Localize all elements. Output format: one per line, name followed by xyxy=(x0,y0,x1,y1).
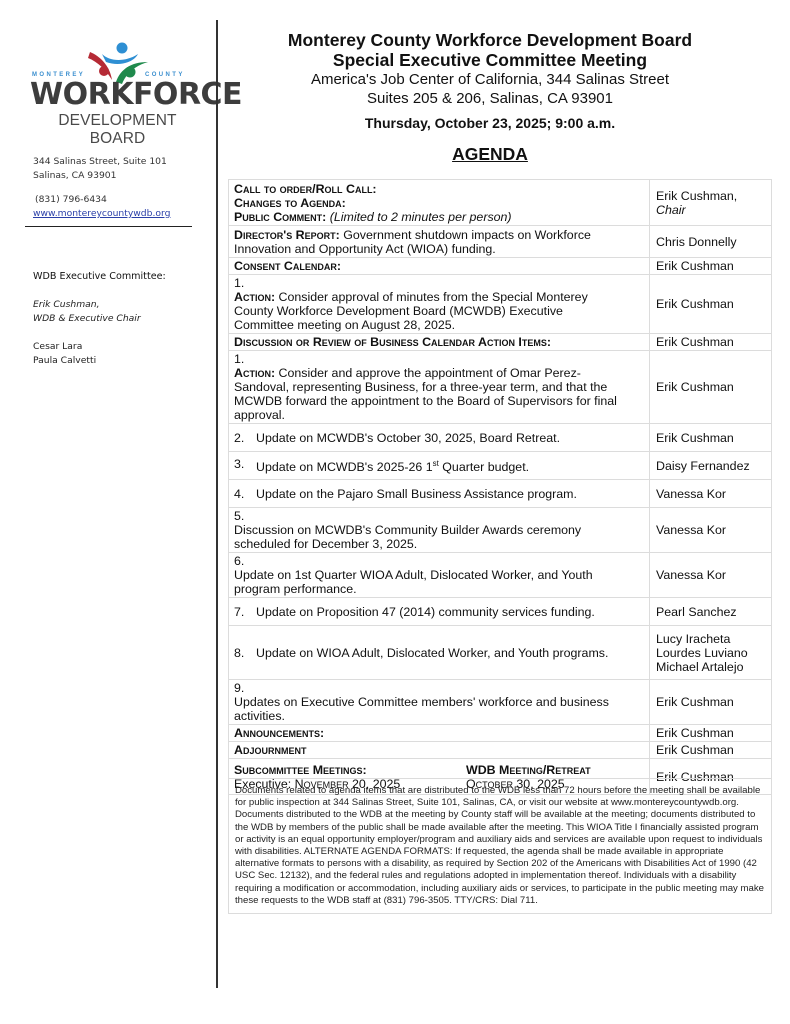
item-number: 5. xyxy=(234,509,256,523)
item-number: 7. xyxy=(234,605,256,619)
presenter-title: Chair xyxy=(656,203,686,217)
table-row: 1.Action: Consider approval of minutes f… xyxy=(229,275,772,334)
committee-heading: WDB Executive Committee: xyxy=(33,270,166,284)
changes-label: Changes to Agenda: xyxy=(234,196,644,210)
table-row: Consent Calendar: Erik Cushman xyxy=(229,258,772,275)
accessibility-notice: Documents related to agenda items that a… xyxy=(228,778,772,914)
table-row: 2.Update on MCWDB's October 30, 2025, Bo… xyxy=(229,424,772,452)
meeting-datetime: Thursday, October 23, 2025; 9:00 a.m. xyxy=(230,114,750,132)
item-text: Update on 1st Quarter WIOA Adult, Disloc… xyxy=(234,568,624,596)
item-text: Update on WIOA Adult, Dislocated Worker,… xyxy=(256,646,608,660)
item-number: 8. xyxy=(234,646,256,660)
member: Paula Calvetti xyxy=(33,354,166,368)
sidebar: MONTEREY COUNTY WORKFORCE DEVELOPMENT BO… xyxy=(0,0,216,1024)
chair-title: WDB & Executive Chair xyxy=(33,313,141,324)
presenter: Michael Artalejo xyxy=(656,660,766,674)
item-text: Update on MCWDB's 2025-26 1 xyxy=(256,460,433,474)
presenter: Lourdes Luviano xyxy=(656,646,766,660)
directors-report-label: Director's Report: xyxy=(234,228,340,242)
presenter: Vanessa Kor xyxy=(650,508,772,553)
public-comment-label: Public Comment: xyxy=(234,210,326,224)
logo-workforce-text: WORKFORCE xyxy=(30,80,205,110)
item-text: Updates on Executive Committee members' … xyxy=(234,695,624,723)
phone: (831) 796-6434 xyxy=(33,193,170,207)
presenter: Erik Cushman xyxy=(650,275,772,334)
table-row: Director's Report: Government shutdown i… xyxy=(229,226,772,258)
org-title: Monterey County Workforce Development Bo… xyxy=(230,30,750,50)
item-text: Consider and approve the appointment of … xyxy=(234,366,617,422)
table-row: 9.Updates on Executive Committee members… xyxy=(229,680,772,725)
item-number: 1. xyxy=(234,276,256,290)
sidebar-divider xyxy=(25,226,192,227)
item-text: Update on Proposition 47 (2014) communit… xyxy=(256,605,595,619)
public-comment-note: (Limited to 2 minutes per person) xyxy=(330,210,512,224)
call-to-order-label: Call to order/Roll Call: xyxy=(234,182,644,196)
table-row: Adjournment Erik Cushman xyxy=(229,742,772,759)
location-line1: America's Job Center of California, 344 … xyxy=(230,70,750,89)
presenter: Erik Cushman, xyxy=(656,189,766,203)
item-text: Quarter budget. xyxy=(439,460,529,474)
presenter: Erik Cushman xyxy=(650,680,772,725)
table-row: 5.Discussion on MCWDB's Community Builde… xyxy=(229,508,772,553)
action-label: Action: xyxy=(234,366,275,380)
logo-board-text: DEVELOPMENT BOARD xyxy=(30,112,205,148)
table-row: Discussion or Review of Business Calenda… xyxy=(229,334,772,351)
item-text: Update on MCWDB's October 30, 2025, Boar… xyxy=(256,431,560,445)
address-line1: 344 Salinas Street, Suite 101 xyxy=(33,155,170,169)
presenter: Erik Cushman xyxy=(650,334,772,351)
presenter: Erik Cushman xyxy=(650,424,772,452)
adjournment-label: Adjournment xyxy=(229,742,650,759)
agenda-table: Call to order/Roll Call: Changes to Agen… xyxy=(228,179,772,795)
table-row: Announcements: Erik Cushman xyxy=(229,725,772,742)
subcommittee-label: Subcommittee Meetings: xyxy=(234,763,466,777)
wdb-meeting-label: WDB Meeting/Retreat xyxy=(466,763,591,777)
item-number: 9. xyxy=(234,681,256,695)
contact-block: 344 Salinas Street, Suite 101 Salinas, C… xyxy=(33,155,170,221)
member: Cesar Lara xyxy=(33,340,166,354)
page-header: Monterey County Workforce Development Bo… xyxy=(230,30,750,165)
presenter: Vanessa Kor xyxy=(650,553,772,598)
table-row: Call to order/Roll Call: Changes to Agen… xyxy=(229,180,772,226)
wdb-logo: MONTEREY COUNTY WORKFORCE DEVELOPMENT BO… xyxy=(30,40,205,130)
item-number: 2. xyxy=(234,431,256,445)
table-row: 3.Update on MCWDB's 2025-26 1st Quarter … xyxy=(229,452,772,480)
presenter: Pearl Sanchez xyxy=(650,598,772,626)
table-row: 7.Update on Proposition 47 (2014) commun… xyxy=(229,598,772,626)
presenter: Erik Cushman xyxy=(650,351,772,424)
presenter: Lucy Iracheta xyxy=(656,632,766,646)
announcements-label: Announcements: xyxy=(229,725,650,742)
chair-name: Erik Cushman, xyxy=(33,299,100,310)
discussion-label: Discussion or Review of Business Calenda… xyxy=(229,334,650,351)
agenda-title: AGENDA xyxy=(230,144,750,165)
website-link[interactable]: www.montereycountywdb.org xyxy=(33,208,170,219)
item-number: 1. xyxy=(234,352,256,366)
address-line2: Salinas, CA 93901 xyxy=(33,169,170,183)
meeting-title: Special Executive Committee Meeting xyxy=(230,50,750,70)
action-label: Action: xyxy=(234,290,275,304)
item-number: 4. xyxy=(234,487,256,501)
table-row: 6.Update on 1st Quarter WIOA Adult, Disl… xyxy=(229,553,772,598)
table-row: 1.Action: Consider and approve the appoi… xyxy=(229,351,772,424)
item-number: 3. xyxy=(234,457,256,471)
committee-block: WDB Executive Committee: Erik Cushman, W… xyxy=(33,270,166,368)
presenter: Erik Cushman xyxy=(650,725,772,742)
item-text: Discussion on MCWDB's Community Builder … xyxy=(234,523,624,551)
table-row: 4.Update on the Pajaro Small Business As… xyxy=(229,480,772,508)
presenter: Daisy Fernandez xyxy=(650,452,772,480)
item-number: 6. xyxy=(234,554,256,568)
item-text: Update on the Pajaro Small Business Assi… xyxy=(256,487,577,501)
vertical-divider xyxy=(216,20,218,988)
item-text: Consider approval of minutes from the Sp… xyxy=(234,290,588,332)
presenter: Chris Donnelly xyxy=(650,226,772,258)
location-line2: Suites 205 & 206, Salinas, CA 93901 xyxy=(230,89,750,108)
presenter: Erik Cushman xyxy=(650,742,772,759)
presenter: Erik Cushman xyxy=(650,258,772,275)
table-row: 8.Update on WIOA Adult, Dislocated Worke… xyxy=(229,626,772,680)
consent-calendar-label: Consent Calendar: xyxy=(229,258,650,275)
presenter: Vanessa Kor xyxy=(650,480,772,508)
